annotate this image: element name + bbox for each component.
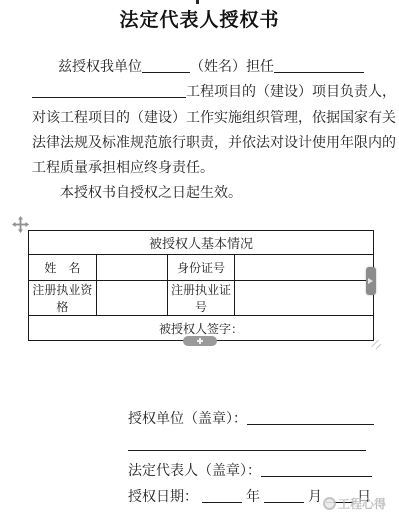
body-line-4: 法律法规及标准规范旅行职责，并依法对设计使用年限内的 [32,131,377,156]
authorizing-unit-label: 授权单位（盖章）： [128,411,247,427]
body-line-2: 工程项目的（建设）项目负责人， [32,80,377,105]
license-number-label-cell: 注册执业证号 [167,281,235,316]
name-value-cell[interactable] [96,255,167,281]
table-move-handle[interactable] [12,216,29,233]
table-row: 姓 名 身份证号 [29,255,374,281]
month-blank[interactable] [264,489,304,503]
name-label-cell: 姓 名 [29,255,97,281]
qualification-label-cell: 注册执业资格 [29,281,97,316]
authorizing-unit-line: 授权单位（盖章）： [128,408,374,428]
body-line-5: 工程质量承担相应终身责任。 [32,156,377,181]
watermark: 工程心得 [323,495,386,512]
date-label: 授权日期： [128,489,198,505]
legal-representative-label: 法定代表人（盖章）： [128,463,261,479]
legal-representative-line: 法定代表人（盖章）： [128,460,372,480]
id-number-label-cell: 身份证号 [167,255,235,281]
legal-representative-blank[interactable] [261,463,372,477]
project-name-blank[interactable] [32,84,186,98]
year-label: 年 [246,489,260,505]
month-label: 月 [308,489,322,505]
authorizing-unit-blank[interactable] [247,411,374,425]
year-blank[interactable] [202,489,242,503]
person-name-blank[interactable] [274,59,364,73]
body-line-1-pre: 兹授权我单位 [58,59,142,75]
body-paragraph: 兹授权我单位（姓名）担任 工程项目的（建设）项目负责人， 对该工程项目的（建设）… [32,55,377,207]
body-line-6: 本授权书自授权之日起生效。 [32,181,377,206]
id-number-value-cell[interactable] [235,255,374,281]
watermark-logo-icon [323,497,336,510]
authorized-person-table: 被授权人基本情况 姓 名 身份证号 注册执业资格 注册执业证号 被授权人签字： [28,230,374,341]
license-number-value-cell[interactable] [235,281,374,316]
unit-name-blank[interactable] [142,59,190,73]
authorizing-unit-continuation-blank[interactable] [128,437,366,451]
diagonal-grip-icon [376,344,382,350]
four-way-arrow-icon [12,216,29,233]
right-arrow-icon [368,278,373,284]
page-title: 法定代表人授权书 [0,5,399,32]
body-line-1: 兹授权我单位（姓名）担任 [32,55,377,80]
table-header-cell: 被授权人基本情况 [29,231,374,255]
body-line-1-mid: （姓名）担任 [190,59,274,75]
body-line-3: 对该工程项目的（建设）工作实施组织管理，依据国家有关 [32,106,377,131]
body-line-2-text: 工程项目的（建设）项目负责人， [186,84,396,100]
qualification-value-cell[interactable] [96,281,167,316]
table-resize-corner-handle[interactable] [369,338,383,352]
table-row: 注册执业资格 注册执业证号 [29,281,374,316]
cut-off-text-fragment [196,0,199,4]
plus-icon [197,340,203,342]
document-page: 法定代表人授权书 兹授权我单位（姓名）担任 工程项目的（建设）项目负责人， 对该… [0,0,399,520]
table-resize-bottom-handle[interactable] [183,336,217,346]
table-resize-right-handle[interactable] [366,267,376,295]
watermark-text: 工程心得 [338,495,386,512]
